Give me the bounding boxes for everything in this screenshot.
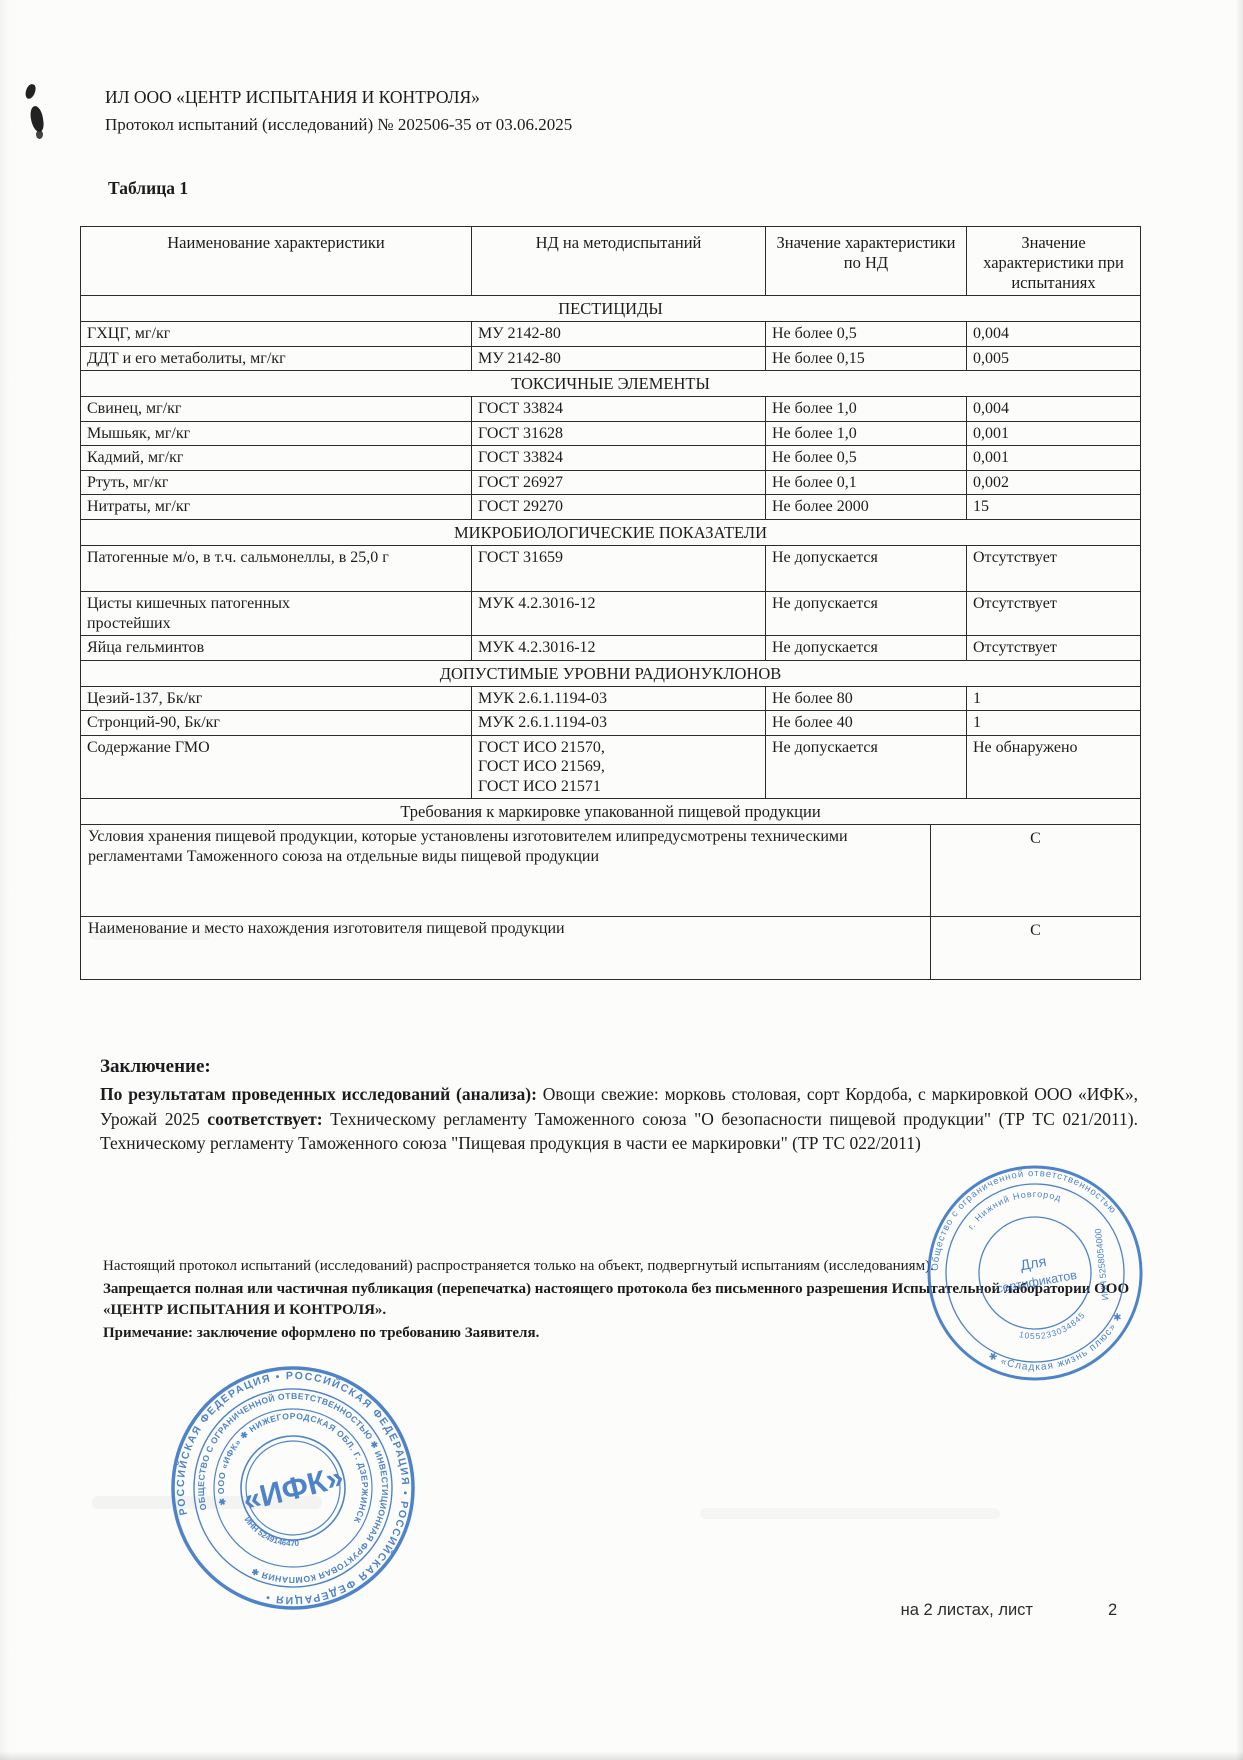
section-row: ПЕСТИЦИДЫ <box>81 296 1141 322</box>
svg-text:✱ «Сладкая жизнь плюс» ✱: ✱ «Сладкая жизнь плюс» ✱ <box>984 1308 1136 1391</box>
scan-artifact <box>36 130 43 139</box>
cell-result: 0,004 <box>967 322 1141 347</box>
cell-result: Отсутствует <box>967 591 1141 635</box>
stamp-inner-circle <box>964 1202 1105 1343</box>
cell-name: ГХЦГ, мг/кг <box>81 322 472 347</box>
table-row: Яйца гельминтов МУК 4.2.3016-12 Не допус… <box>81 636 1141 661</box>
page-footer: на 2 листах, лист 2 <box>0 1601 1243 1625</box>
stamp-center-line2: сертификатов <box>995 1268 1078 1296</box>
table-row: Кадмий, мг/кг ГОСТ 33824 Не более 0,5 0,… <box>81 446 1141 471</box>
cell-limit: Не допускается <box>766 591 967 635</box>
table-row: Свинец, мг/кг ГОСТ 33824 Не более 1,0 0,… <box>81 397 1141 422</box>
marking-row: Условия хранения пищевой продукции, кото… <box>81 824 1141 916</box>
stamp-ifk: РОССИЙСКАЯ ФЕДЕРАЦИЯ • РОССИЙСКАЯ ФЕДЕРА… <box>135 1330 450 1645</box>
scan-edge-left <box>0 0 10 1760</box>
table-row: Мышьяк, мг/кг ГОСТ 31628 Не более 1,0 0,… <box>81 421 1141 446</box>
scan-bleedthrough <box>700 1508 1000 1519</box>
cell-limit: Не более 0,1 <box>766 470 967 495</box>
section-row: МИКРОБИОЛОГИЧЕСКИЕ ПОКАЗАТЕЛИ <box>81 519 1141 545</box>
marking-result: С <box>931 824 1141 916</box>
cell-limit: Не более 1,0 <box>766 421 967 446</box>
cell-method: МУК 2.6.1.1194-03 <box>472 711 766 736</box>
cell-result: 15 <box>967 495 1141 520</box>
cell-method: МУК 4.2.3016-12 <box>472 591 766 635</box>
cell-method: МУ 2142-80 <box>472 322 766 347</box>
cell-name-text: Цисты кишечных патогенных простейших <box>87 594 372 633</box>
cell-result: 0,005 <box>967 346 1141 371</box>
scan-artifact <box>29 105 45 132</box>
results-table: Наименование характеристики НД на методи… <box>80 226 1141 825</box>
cell-limit: Не более 1,0 <box>766 397 967 422</box>
lab-name: ИЛ ООО «ЦЕНТР ИСПЫТАНИЯ И КОНТРОЛЯ» <box>105 84 572 111</box>
table-row: Ртуть, мг/кг ГОСТ 26927 Не более 0,1 0,0… <box>81 470 1141 495</box>
cell-result: Отсутствует <box>967 545 1141 591</box>
cell-method: ГОСТ ИСО 21570, ГОСТ ИСО 21569, ГОСТ ИСО… <box>472 735 766 799</box>
scanned-test-report-page: ИЛ ООО «ЦЕНТР ИСПЫТАНИЯ И КОНТРОЛЯ» Прот… <box>0 0 1243 1760</box>
cell-limit: Не более 2000 <box>766 495 967 520</box>
cell-limit: Не допускается <box>766 735 967 799</box>
protocol-number-line: Протокол испытаний (исследований) № 2025… <box>105 111 572 138</box>
cell-limit: Не более 40 <box>766 711 967 736</box>
cell-limit: Не более 0,15 <box>766 346 967 371</box>
cell-result: 0,004 <box>967 397 1141 422</box>
marking-table: Условия хранения пищевой продукции, кото… <box>80 824 1141 980</box>
cell-method: ГОСТ 31628 <box>472 421 766 446</box>
header-cell-method: НД на методиспытаний <box>472 227 766 296</box>
cell-method: МУК 2.6.1.1194-03 <box>472 686 766 711</box>
cell-method: ГОСТ 33824 <box>472 397 766 422</box>
marking-requirement: Наименование и место нахождения изготови… <box>81 916 931 979</box>
cell-result: 1 <box>967 686 1141 711</box>
header-cell-name: Наименование характеристики <box>81 227 472 296</box>
table-row: Содержание ГМО ГОСТ ИСО 21570, ГОСТ ИСО … <box>81 735 1141 799</box>
stamp-inn-text: ИНН 5258054000 <box>1093 1228 1110 1301</box>
stamp-center-line1: Для <box>1019 1254 1048 1274</box>
cell-result: 0,002 <box>967 470 1141 495</box>
section-label: ПЕСТИЦИДЫ <box>81 296 1141 322</box>
cell-name: Свинец, мг/кг <box>81 397 472 422</box>
cell-name: Нитраты, мг/кг <box>81 495 472 520</box>
cell-result: 0,001 <box>967 421 1141 446</box>
header-cell-nd-value: Значение характеристики по НД <box>766 227 967 296</box>
section-label: ДОПУСТИМЫЕ УРОВНИ РАДИОНУКЛОНОВ <box>81 660 1141 686</box>
section-label: МИКРОБИОЛОГИЧЕСКИЕ ПОКАЗАТЕЛИ <box>81 519 1141 545</box>
section-label: Требования к маркировке упакованной пище… <box>81 799 1141 825</box>
scan-edge-right <box>1236 0 1243 1760</box>
cell-name: Яйца гельминтов <box>81 636 472 661</box>
cell-method: МУ 2142-80 <box>472 346 766 371</box>
cell-method: ГОСТ 26927 <box>472 470 766 495</box>
cell-limit: Не более 0,5 <box>766 446 967 471</box>
cell-method: ГОСТ 29270 <box>472 495 766 520</box>
conclusion-block: Заключение: По результатам проведенных и… <box>100 1056 1138 1156</box>
sheets-label: на 2 листах, лист <box>901 1601 1033 1620</box>
cell-name: Кадмий, мг/кг <box>81 446 472 471</box>
cell-name: Ртуть, мг/кг <box>81 470 472 495</box>
conclusion-verdict: соответствует: <box>207 1109 322 1129</box>
header-cell-test-value: Значение характеристики при испытаниях <box>967 227 1141 296</box>
table-row: ДДТ и его метаболиты, мг/кг МУ 2142-80 Н… <box>81 346 1141 371</box>
cell-name: Цисты кишечных патогенных простейших <box>81 591 472 635</box>
table-row: Нитраты, мг/кг ГОСТ 29270 Не более 2000 … <box>81 495 1141 520</box>
section-row: ДОПУСТИМЫЕ УРОВНИ РАДИОНУКЛОНОВ <box>81 660 1141 686</box>
table-title: Таблица 1 <box>108 178 188 199</box>
table-row: Цезий-137, Бк/кг МУК 2.6.1.1194-03 Не бо… <box>81 686 1141 711</box>
cell-result: 0,001 <box>967 446 1141 471</box>
cell-method: ГОСТ 31659 <box>472 545 766 591</box>
cell-name: Мышьяк, мг/кг <box>81 421 472 446</box>
table-row: Стронций-90, Бк/кг МУК 2.6.1.1194-03 Не … <box>81 711 1141 736</box>
cell-limit: Не более 0,5 <box>766 322 967 347</box>
scan-artifact <box>24 83 37 100</box>
marking-requirement: Условия хранения пищевой продукции, кото… <box>81 824 931 916</box>
cell-result: Отсутствует <box>967 636 1141 661</box>
cell-name: Патогенные м/о, в т.ч. сальмонеллы, в 25… <box>81 545 472 591</box>
cell-method: ГОСТ 33824 <box>472 446 766 471</box>
document-header: ИЛ ООО «ЦЕНТР ИСПЫТАНИЯ И КОНТРОЛЯ» Прот… <box>105 84 572 138</box>
table-row: Цисты кишечных патогенных простейших МУК… <box>81 591 1141 635</box>
table-row: ГХЦГ, мг/кг МУ 2142-80 Не более 0,5 0,00… <box>81 322 1141 347</box>
cell-limit: Не допускается <box>766 636 967 661</box>
marking-row: Наименование и место нахождения изготови… <box>81 916 1141 979</box>
conclusion-heading: Заключение: <box>100 1056 1138 1078</box>
cell-name: Содержание ГМО <box>81 735 472 799</box>
cell-result: 1 <box>967 711 1141 736</box>
stamp-szp: Общество с ограниченной ответственностью… <box>890 1128 1180 1418</box>
page-number: 2 <box>1108 1601 1117 1620</box>
cell-limit: Не более 80 <box>766 686 967 711</box>
section-row: Требования к маркировке упакованной пище… <box>81 799 1141 825</box>
cell-name: Стронций-90, Бк/кг <box>81 711 472 736</box>
cell-name: Цезий-137, Бк/кг <box>81 686 472 711</box>
conclusion-paragraph: По результатам проведенных исследований … <box>100 1082 1138 1156</box>
cell-result: Не обнаружено <box>967 735 1141 799</box>
cell-method: МУК 4.2.3016-12 <box>472 636 766 661</box>
results-table-wrapper: Наименование характеристики НД на методи… <box>80 226 1140 980</box>
cell-name: ДДТ и его метаболиты, мг/кг <box>81 346 472 371</box>
cell-limit: Не допускается <box>766 545 967 591</box>
marking-result: С <box>931 916 1141 979</box>
table-header-row: Наименование характеристики НД на методи… <box>81 227 1141 296</box>
scan-edge-bottom <box>0 1751 1243 1760</box>
stamp-center-text: «ИФК» <box>239 1459 347 1518</box>
table-row: Патогенные м/о, в т.ч. сальмонеллы, в 25… <box>81 545 1141 591</box>
section-row: ТОКСИЧНЫЕ ЭЛЕМЕНТЫ <box>81 371 1141 397</box>
conclusion-lead-bold: По результатам проведенных исследований … <box>100 1084 537 1104</box>
stamp-ring-text: ✱ «Сладкая жизнь плюс» ✱ <box>984 1308 1136 1391</box>
section-label: ТОКСИЧНЫЕ ЭЛЕМЕНТЫ <box>81 371 1141 397</box>
